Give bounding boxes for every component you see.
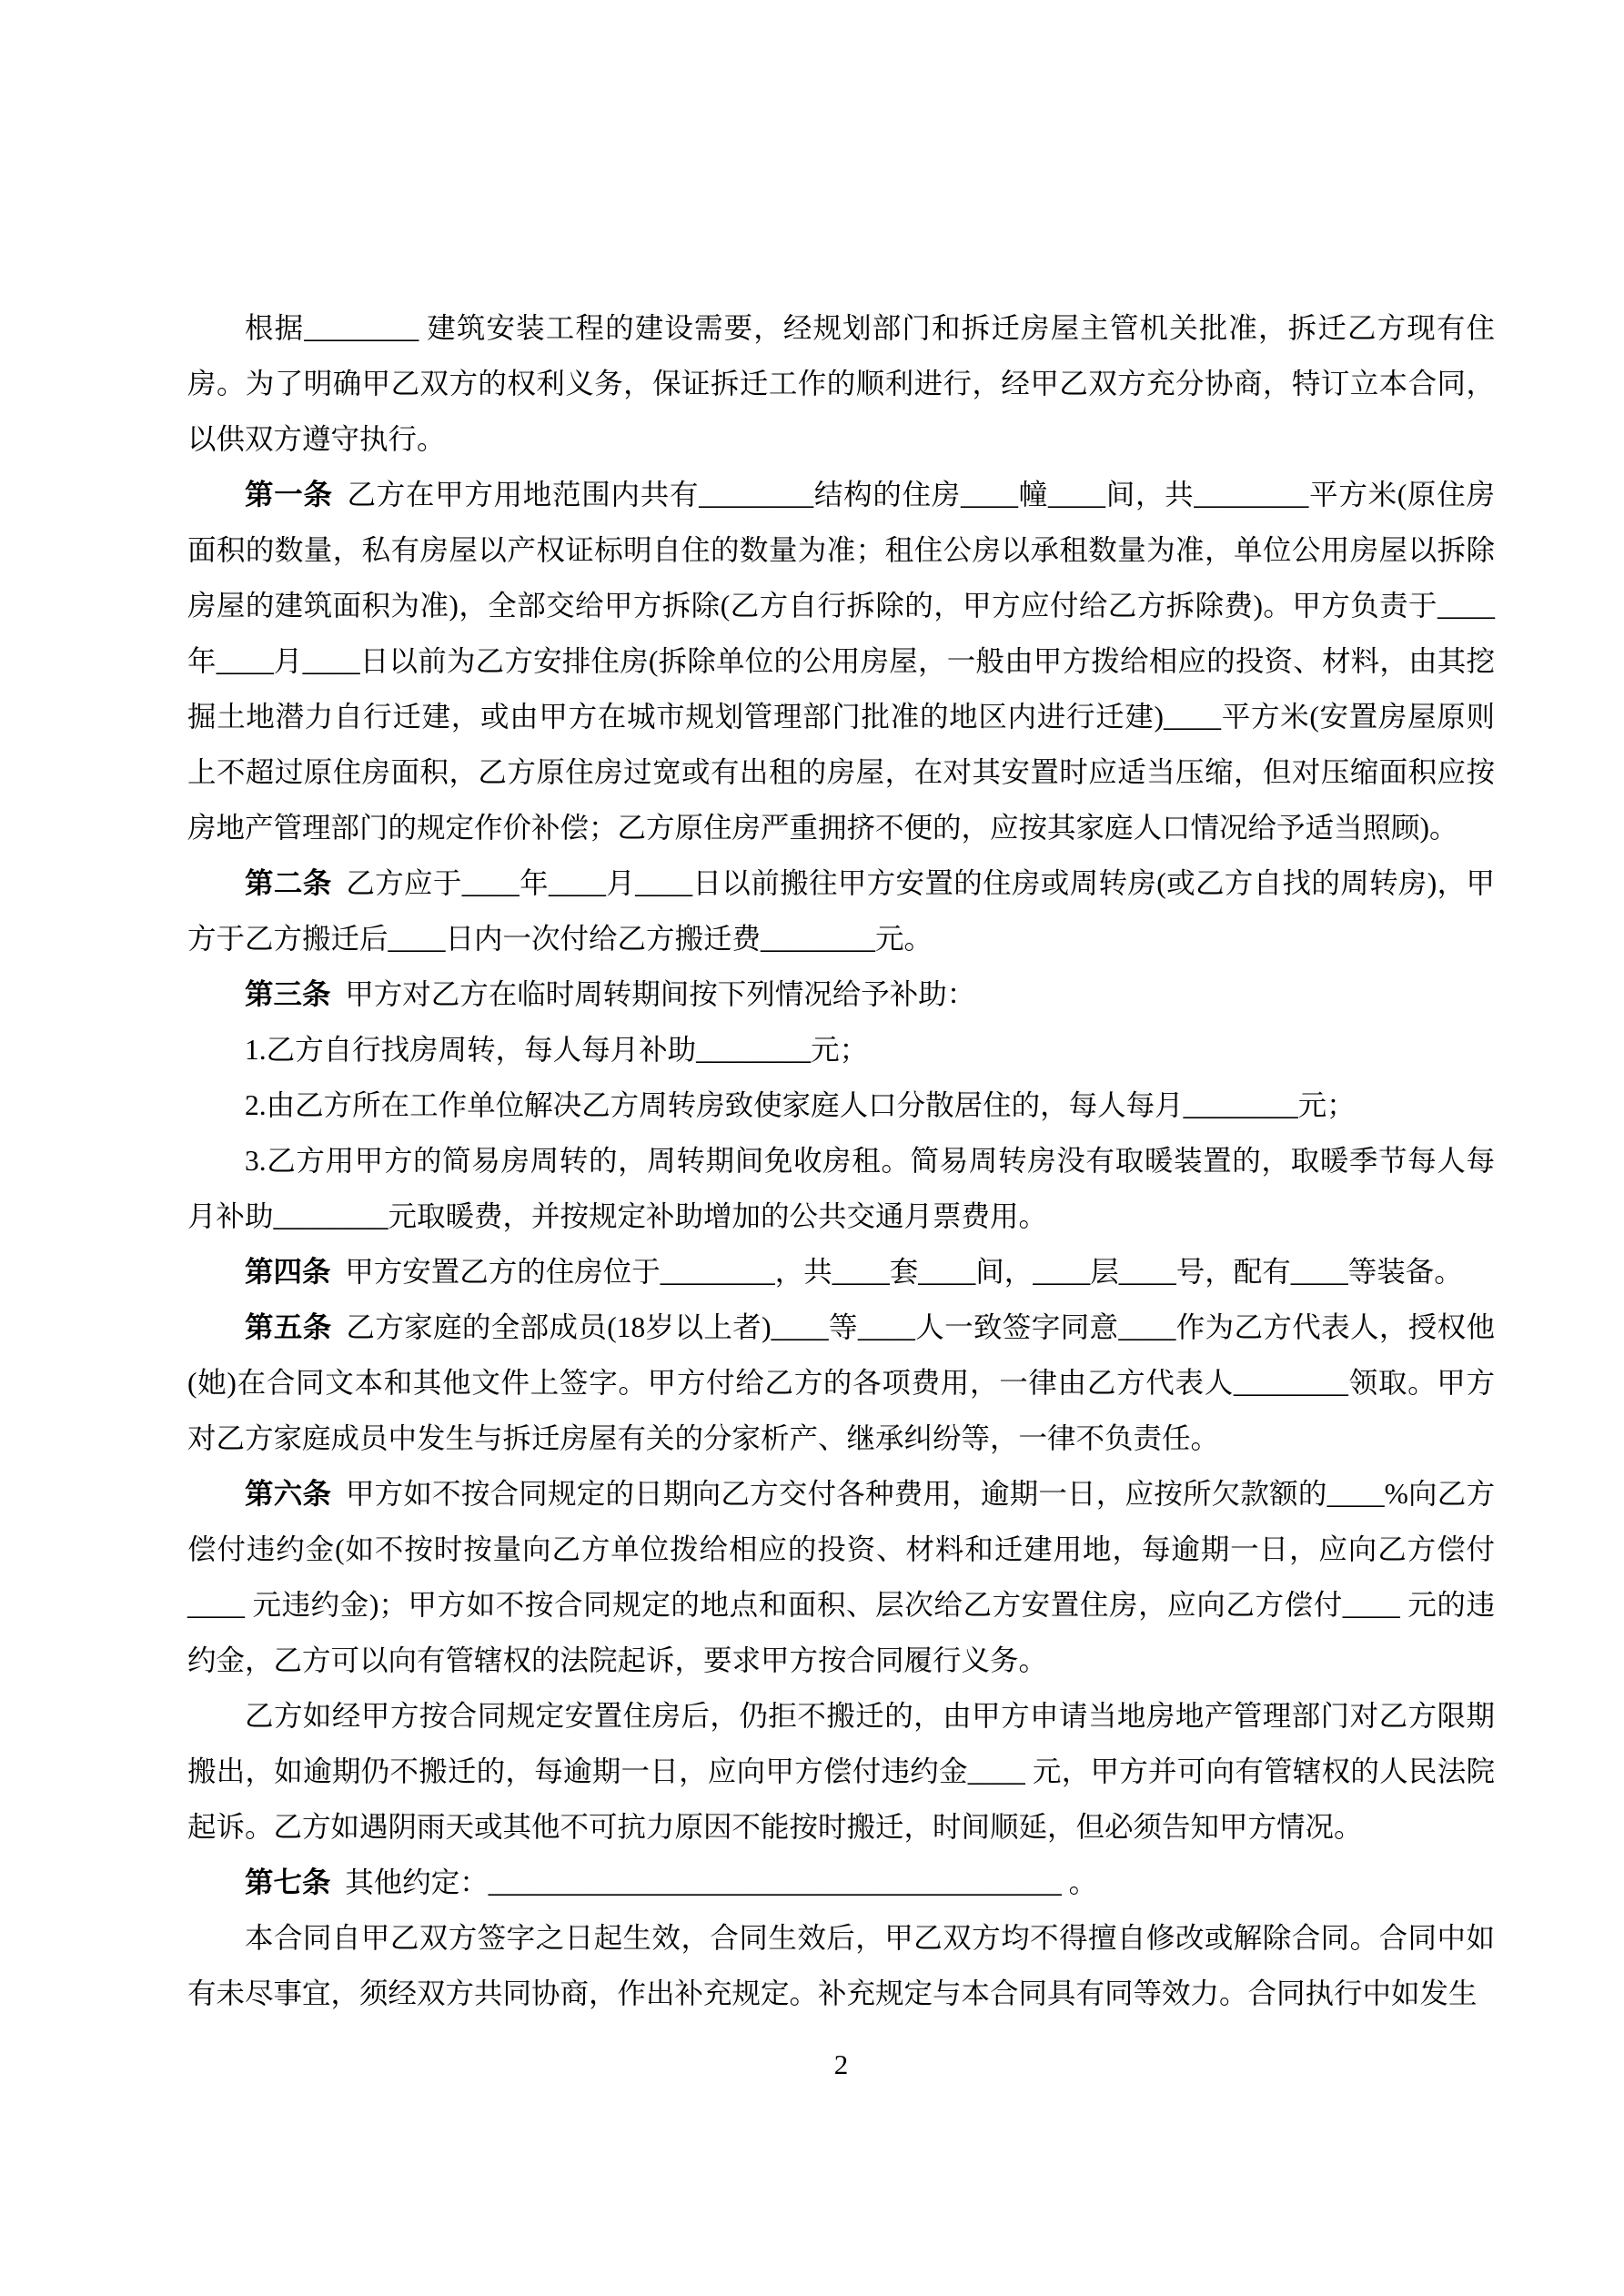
clause-heading: 第五条: [245, 1310, 332, 1343]
contract-paragraph-clause-7: 第七条其他约定：________________________________…: [187, 1855, 1495, 1910]
paragraph-text: 乙方如经甲方按合同规定安置住房后，仍拒不搬迁的，由甲方申请当地房地产管理部门对乙…: [187, 1700, 1495, 1843]
contract-paragraph-clause-4: 第四条甲方安置乙方的住房位于________，共____套____间，____层…: [187, 1244, 1495, 1300]
paragraph-text: 甲方如不按合同规定的日期向乙方交付各种费用，逾期一日，应按所欠款额的____%向…: [187, 1478, 1495, 1676]
paragraph-text: 2.由乙方所在工作单位解决乙方周转房致使家庭人口分散居住的，每人每月______…: [245, 1089, 1356, 1121]
paragraph-text: 1.乙方自行找房周转，每人每月补助________元；: [245, 1034, 868, 1066]
paragraph-text: 本合同自甲乙双方签字之日起生效，合同生效后，甲乙双方均不得擅自修改或解除合同。合…: [187, 1922, 1495, 2009]
contract-paragraph-clause-6: 第六条甲方如不按合同规定的日期向乙方交付各种费用，逾期一日，应按所欠款额的___…: [187, 1466, 1495, 1688]
contract-paragraph-clause-2: 第二条乙方应于____年____月____日以前搬往甲方安置的住房或周转房(或乙…: [187, 855, 1495, 966]
contract-paragraph-clause-1: 第一条乙方在甲方用地范围内共有________结构的住房____幢____间，共…: [187, 467, 1495, 855]
clause-heading: 第二条: [245, 866, 332, 899]
clause-heading: 第四条: [245, 1255, 331, 1288]
page-number: 2: [187, 2049, 1495, 2080]
clause-heading: 第三条: [245, 977, 331, 1010]
contract-paragraph-effectiveness: 本合同自甲乙双方签字之日起生效，合同生效后，甲乙双方均不得擅自修改或解除合同。合…: [187, 1910, 1495, 2021]
contract-paragraph-clause-3: 第三条甲方对乙方在临时周转期间按下列情况给予补助：: [187, 966, 1495, 1022]
contract-page: 根据________ 建筑安装工程的建设需要，经规划部门和拆迁房屋主管机关批准，…: [0, 0, 1624, 2296]
paragraph-text: 甲方安置乙方的住房位于________，共____套____间，____层___…: [345, 1256, 1463, 1288]
contract-paragraph-clause-5: 第五条乙方家庭的全部成员(18岁以上者)____等____人一致签字同意____…: [187, 1300, 1495, 1466]
contract-body: 根据________ 建筑安装工程的建设需要，经规划部门和拆迁房屋主管机关批准，…: [187, 300, 1495, 2021]
contract-paragraph-item-2: 2.由乙方所在工作单位解决乙方周转房致使家庭人口分散居住的，每人每月______…: [187, 1077, 1495, 1133]
clause-heading: 第一条: [245, 478, 333, 511]
clause-heading: 第七条: [245, 1866, 331, 1898]
paragraph-text: 根据________ 建筑安装工程的建设需要，经规划部门和拆迁房屋主管机关批准，…: [187, 312, 1495, 455]
contract-paragraph-item-1: 1.乙方自行找房周转，每人每月补助________元；: [187, 1022, 1495, 1077]
contract-paragraph-intro: 根据________ 建筑安装工程的建设需要，经规划部门和拆迁房屋主管机关批准，…: [187, 300, 1495, 467]
paragraph-text: 乙方在甲方用地范围内共有________结构的住房____幢____间，共___…: [187, 479, 1495, 844]
contract-paragraph-item-3: 3.乙方用甲方的简易房周转的，周转期间免收房租。简易周转房没有取暖装置的，取暖季…: [187, 1133, 1495, 1244]
clause-heading: 第六条: [245, 1477, 331, 1510]
paragraph-text: 甲方对乙方在临时周转期间按下列情况给予补助：: [345, 978, 975, 1010]
paragraph-text: 3.乙方用甲方的简易房周转的，周转期间免收房租。简易周转房没有取暖装置的，取暖季…: [187, 1145, 1495, 1232]
paragraph-text: 乙方家庭的全部成员(18岁以上者)____等____人一致签字同意____作为乙…: [187, 1311, 1495, 1454]
paragraph-text: 其他约定：___________________________________…: [345, 1866, 1097, 1898]
paragraph-text: 乙方应于____年____月____日以前搬往甲方安置的住房或周转房(或乙方自找…: [187, 867, 1495, 955]
contract-paragraph-eviction: 乙方如经甲方按合同规定安置住房后，仍拒不搬迁的，由甲方申请当地房地产管理部门对乙…: [187, 1688, 1495, 1855]
